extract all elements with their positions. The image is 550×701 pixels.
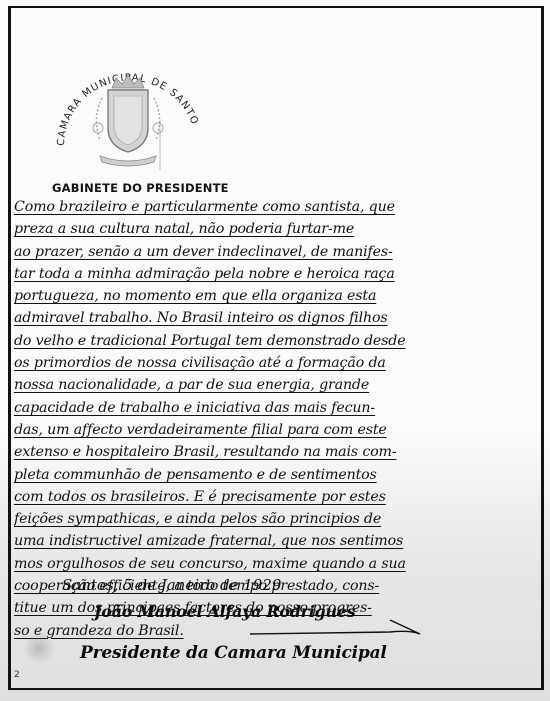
body-line: pleta communhão de pensamento e de senti… — [14, 464, 534, 486]
body-line: extenso e hospitaleiro Brasil, resultand… — [14, 441, 534, 463]
body-line: portugueza, no momento em que ella organ… — [14, 285, 534, 307]
body-line: uma indistructivel amizade fraternal, qu… — [14, 530, 534, 552]
body-line: os primordios de nossa civilisação até a… — [14, 352, 534, 374]
coat-of-arms-icon: CAMARA MUNICIPAL DE SANTOS — [42, 28, 212, 178]
body-line: feições sympathicas, e ainda pelos são p… — [14, 508, 534, 530]
scanned-letter-page: CAMARA MUNICIPAL DE SANTOS GABINETE DO P… — [0, 0, 550, 701]
body-line: nossa nacionalidade, a par de sua energi… — [14, 374, 534, 396]
signatory-title: Presidente da Camara Municipal — [80, 643, 387, 663]
office-heading: GABINETE DO PRESIDENTE — [52, 181, 229, 195]
body-line: tar toda a minha admiração pela nobre e … — [14, 263, 534, 285]
body-line: Como brazileiro e particularmente como s… — [14, 196, 534, 218]
body-line: capacidade de trabalho e iniciativa das … — [14, 397, 534, 419]
ink-smudge — [24, 630, 54, 666]
body-line: das, um affecto verdadeiramente filial p… — [14, 419, 534, 441]
body-line: admiravel trabalho. No Brasil inteiro os… — [14, 307, 534, 329]
letterhead-seal: CAMARA MUNICIPAL DE SANTOS — [42, 28, 212, 178]
page-number: 2 — [14, 670, 20, 680]
place-and-date: Santos, 5 de Janeiro de 1929 — [62, 576, 281, 594]
body-line: do velho e tradicional Portugal tem demo… — [14, 330, 534, 352]
body-line: mos orgulhosos de seu concurso, maxime q… — [14, 553, 534, 575]
body-line: com todos os brasileiros. E é precisamen… — [14, 486, 534, 508]
body-line: ao prazer, senão a um dever indeclinavel… — [14, 241, 534, 263]
signature-flourish-icon — [240, 610, 440, 640]
body-line: preza a sua cultura natal, não poderia f… — [14, 218, 534, 240]
